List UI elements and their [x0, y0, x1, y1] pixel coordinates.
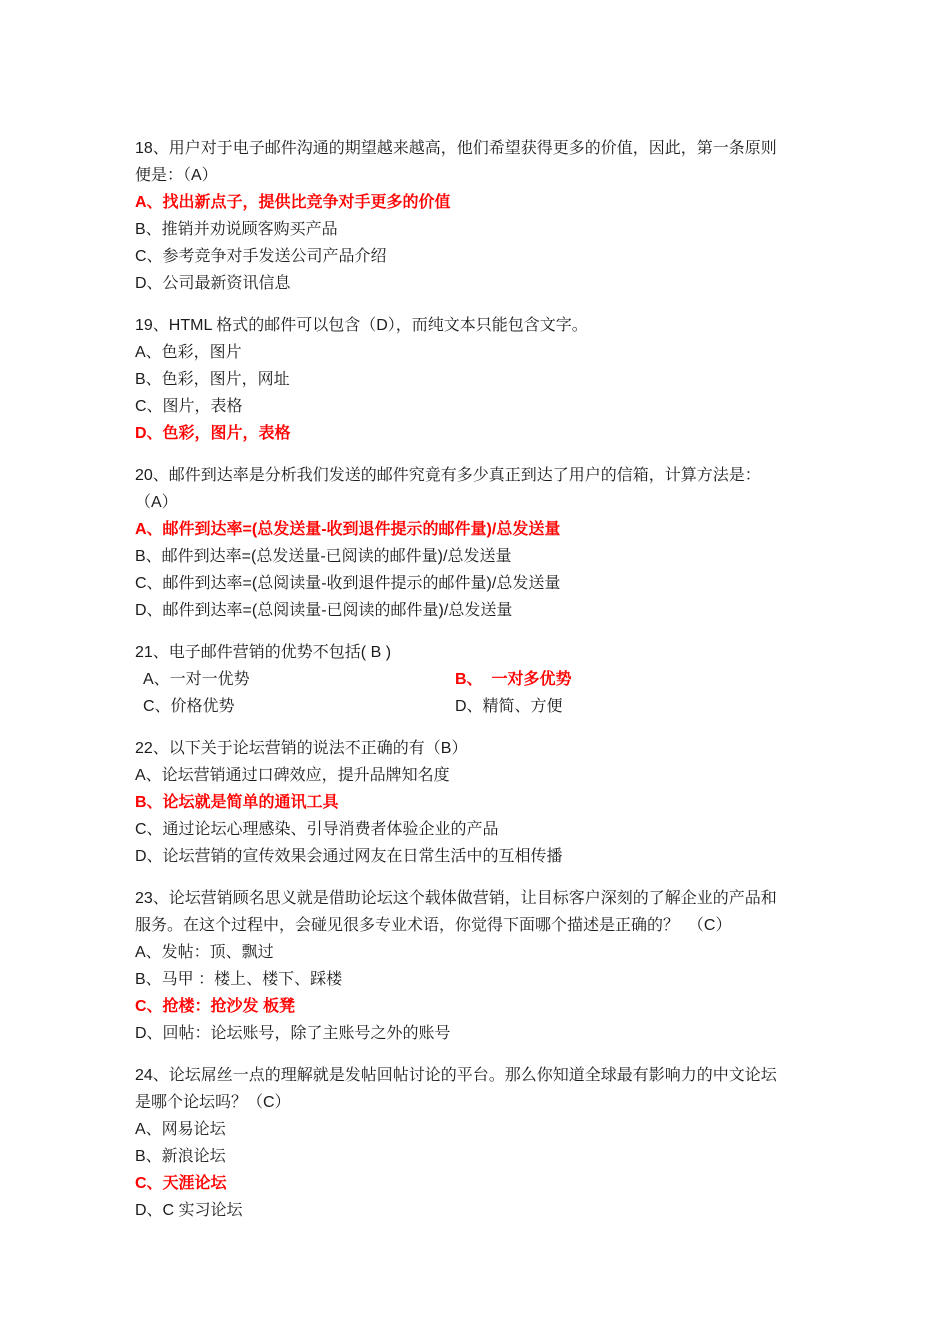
document-page: 18、用户对于电子邮件沟通的期望越来越高，他们希望获得更多的价值，因此，第一条原…	[0, 0, 950, 1341]
question-24-option-a: A、网易论坛	[135, 1116, 820, 1143]
question-23: 23、论坛营销顾名思义就是借助论坛这个载体做营销，让目标客户深刻的了解企业的产品…	[135, 885, 820, 1047]
question-24-option-b: B、新浪论坛	[135, 1143, 820, 1170]
question-20-option-b: B、邮件到达率=(总发送量-已阅读的邮件量)/总发送量	[135, 543, 820, 570]
question-24: 24、论坛屌丝一点的理解就是发帖回帖讨论的平台。那么你知道全球最有影响力的中文论…	[135, 1062, 820, 1224]
question-23-option-b: B、马甲 ：楼上、楼下、踩楼	[135, 966, 820, 993]
question-20-text-line-1: 20、邮件到达率是分析我们发送的邮件究竟有多少真正到达了用户的信箱，计算方法是：	[135, 462, 820, 489]
question-20: 20、邮件到达率是分析我们发送的邮件究竟有多少真正到达了用户的信箱，计算方法是：…	[135, 462, 820, 624]
question-23-text-line-2: 服务。在这个过程中，会碰见很多专业术语，你觉得下面哪个描述是正确的？ （C）	[135, 912, 820, 939]
question-21-option-a: A、一对一优势	[135, 666, 455, 693]
question-19-option-c: C、图片，表格	[135, 393, 820, 420]
question-21-option-grid: A、一对一优势 B、 一对多优势 C、价格优势 D、精简、方便	[135, 666, 820, 720]
question-23-text-line-1: 23、论坛营销顾名思义就是借助论坛这个载体做营销，让目标客户深刻的了解企业的产品…	[135, 885, 820, 912]
question-22: 22、以下关于论坛营销的说法不正确的有（B） A、论坛营销通过口碑效应，提升品牌…	[135, 735, 820, 870]
question-22-option-a: A、论坛营销通过口碑效应，提升品牌知名度	[135, 762, 820, 789]
question-19-text-line-1: 19、HTML 格式的邮件可以包含（D），而纯文本只能包含文字。	[135, 312, 820, 339]
question-23-option-a: A、发帖：顶、飘过	[135, 939, 820, 966]
question-21-option-d: D、精简、方便	[455, 693, 820, 720]
question-20-option-c: C、邮件到达率=(总阅读量-收到退件提示的邮件量)/总发送量	[135, 570, 820, 597]
question-24-text-line-2: 是哪个论坛吗？（C）	[135, 1089, 820, 1116]
question-24-option-d: D、C 实习论坛	[135, 1197, 820, 1224]
question-20-text-line-2: （A）	[135, 489, 820, 516]
question-19-option-d: D、色彩，图片，表格	[135, 420, 820, 447]
question-18-option-c: C、参考竞争对手发送公司产品介绍	[135, 243, 820, 270]
question-22-option-b: B、论坛就是简单的通讯工具	[135, 789, 820, 816]
question-20-option-a: A、邮件到达率=(总发送量-收到退件提示的邮件量)/总发送量	[135, 516, 820, 543]
question-18-option-a: A、找出新点子，提供比竞争对手更多的价值	[135, 189, 820, 216]
question-21: 21、电子邮件营销的优势不包括( B ) A、一对一优势 B、 一对多优势 C、…	[135, 639, 820, 720]
question-23-option-c: C、抢楼：抢沙发 板凳	[135, 993, 820, 1020]
question-19-option-a: A、色彩，图片	[135, 339, 820, 366]
question-21-option-c: C、价格优势	[135, 693, 455, 720]
question-18-option-b: B、推销并劝说顾客购买产品	[135, 216, 820, 243]
question-21-text-line-1: 21、电子邮件营销的优势不包括( B )	[135, 639, 820, 666]
question-19: 19、HTML 格式的邮件可以包含（D），而纯文本只能包含文字。 A、色彩，图片…	[135, 312, 820, 447]
question-24-text-line-1: 24、论坛屌丝一点的理解就是发帖回帖讨论的平台。那么你知道全球最有影响力的中文论…	[135, 1062, 820, 1089]
question-18-text-line-1: 18、用户对于电子邮件沟通的期望越来越高，他们希望获得更多的价值，因此，第一条原…	[135, 135, 820, 162]
question-18: 18、用户对于电子邮件沟通的期望越来越高，他们希望获得更多的价值，因此，第一条原…	[135, 135, 820, 297]
question-22-text-line-1: 22、以下关于论坛营销的说法不正确的有（B）	[135, 735, 820, 762]
question-23-option-d: D、回帖：论坛账号，除了主账号之外的账号	[135, 1020, 820, 1047]
question-22-option-c: C、通过论坛心理感染、引导消费者体验企业的产品	[135, 816, 820, 843]
question-21-option-b: B、 一对多优势	[455, 666, 820, 693]
question-18-option-d: D、公司最新资讯信息	[135, 270, 820, 297]
question-22-option-d: D、论坛营销的宣传效果会通过网友在日常生活中的互相传播	[135, 843, 820, 870]
question-24-option-c: C、天涯论坛	[135, 1170, 820, 1197]
question-19-option-b: B、色彩，图片，网址	[135, 366, 820, 393]
question-18-text-line-2: 便是：（A）	[135, 162, 820, 189]
question-20-option-d: D、邮件到达率=(总阅读量-已阅读的邮件量)/总发送量	[135, 597, 820, 624]
